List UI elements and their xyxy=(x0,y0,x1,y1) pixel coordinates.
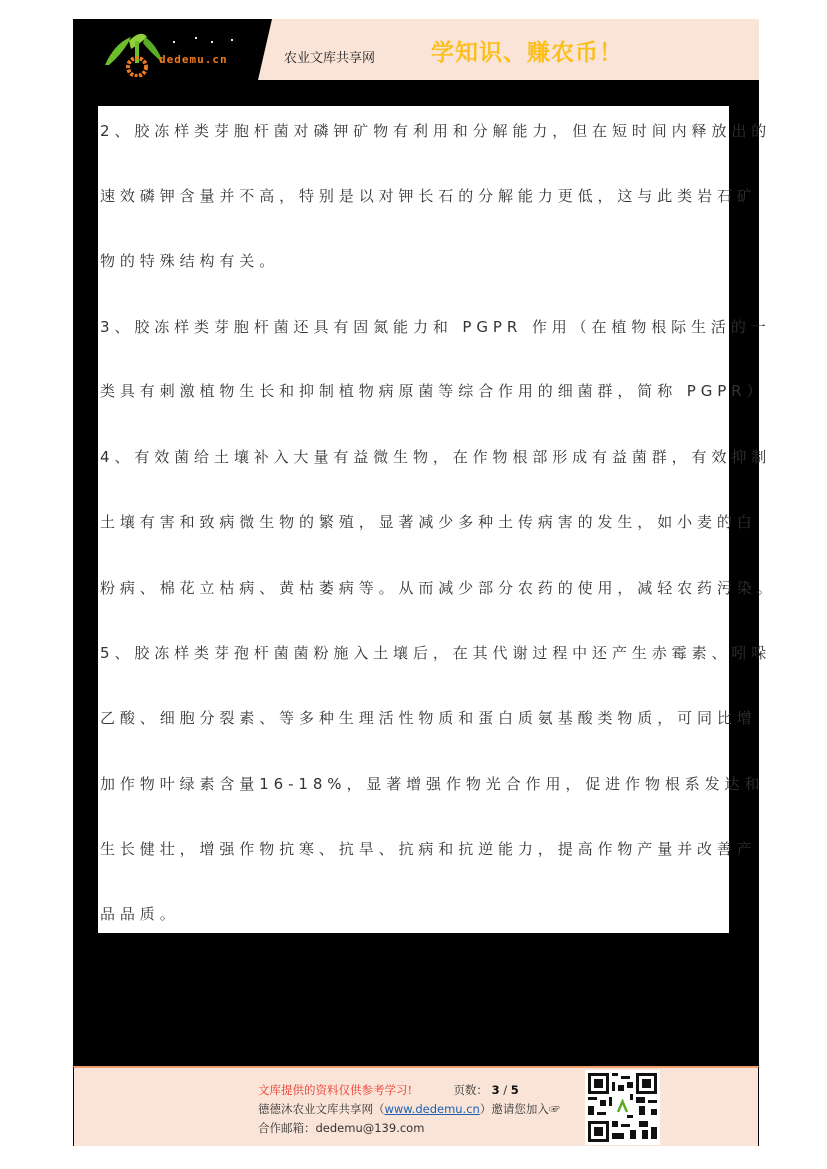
page-footer: 文库提供的资料仅供参考学习! 页数： 3 / 5 德德沐农业文库共享网（www.… xyxy=(73,1066,759,1146)
text-line: 类具有刺激植物生长和抑制植物病原菌等综合作用的细菌群，简称 PGPR） xyxy=(100,381,766,401)
text-line: 乙酸、细胞分裂素、等多种生理活性物质和蛋白质氨基酸类物质，可同比增 xyxy=(100,708,757,728)
text-line: 4、有效菌给土壤补入大量有益微生物，在作物根部形成有益菌群，有效抑制 xyxy=(100,447,771,467)
page-total: 5 xyxy=(511,1083,519,1097)
text-line: 2、胶冻样类芽胞杆菌对磷钾矿物有利用和分解能力，但在短时间内释放出的 xyxy=(100,121,771,141)
logo-domain-text: dedemu.cn xyxy=(159,53,228,66)
dedemu-logo-icon xyxy=(101,27,251,77)
site-link[interactable]: www.dedemu.cn xyxy=(385,1102,480,1116)
text-line: 粉病、棉花立枯病、黄枯萎病等。从而减少部分农药的使用，减轻农药污染。 xyxy=(100,578,777,598)
text-line: 生长健壮，增强作物抗寒、抗旱、抗病和抗逆能力，提高作物产量并改善产 xyxy=(100,839,757,859)
site-invite-prefix: 德德沐农业文库共享网（ xyxy=(258,1102,385,1116)
page-separator: / xyxy=(500,1083,511,1097)
text-line: 速效磷钾含量并不高，特别是以对钾长石的分解能力更低，这与此类岩石矿 xyxy=(100,186,757,206)
text-line: 3、胶冻样类芽胞杆菌还具有固氮能力和 PGPR 作用（在植物根际生活的一 xyxy=(100,317,771,337)
email-address[interactable]: dedemu@139.com xyxy=(316,1121,425,1135)
footer-line-3: 合作邮箱：dedemu@139.com xyxy=(258,1120,424,1136)
qr-code-icon[interactable] xyxy=(585,1070,660,1145)
text-line: 加作物叶绿素含量16-18%，显著增强作物光合作用，促进作物根系发达和 xyxy=(100,774,764,794)
document-body: 2、胶冻样类芽胞杆菌对磷钾矿物有利用和分解能力，但在短时间内释放出的 速效磷钾含… xyxy=(98,106,729,933)
disclaimer-text: 文库提供的资料仅供参考学习! xyxy=(258,1083,412,1097)
page-count-label: 页数： xyxy=(453,1083,488,1097)
document-page: dedemu.cn 农业文库共享网 学知识、赚农币！ 2、胶冻样类芽胞杆菌对磷钾… xyxy=(73,19,759,1146)
text-line: 土壤有害和致病微生物的繁殖，显著减少多种土传病害的发生，如小麦的白 xyxy=(100,512,757,532)
email-label: 合作邮箱： xyxy=(258,1121,316,1135)
site-invite-suffix: ）邀请您加入☞ xyxy=(480,1102,561,1116)
text-line: 品品质。 xyxy=(100,904,180,924)
text-line: 物的特殊结构有关。 xyxy=(100,251,279,271)
footer-line-2: 德德沐农业文库共享网（www.dedemu.cn）邀请您加入☞ xyxy=(258,1101,560,1117)
site-name: 农业文库共享网 xyxy=(284,47,375,66)
footer-line-1: 文库提供的资料仅供参考学习! 页数： 3 / 5 xyxy=(258,1082,519,1098)
slogan: 学知识、赚农币！ xyxy=(431,34,623,67)
page-header: dedemu.cn 农业文库共享网 学知识、赚农币！ xyxy=(73,19,759,80)
page-current: 3 xyxy=(492,1083,500,1097)
text-line: 5、胶冻样类芽孢杆菌菌粉施入土壤后，在其代谢过程中还产生赤霉素、吲哚 xyxy=(100,643,771,663)
